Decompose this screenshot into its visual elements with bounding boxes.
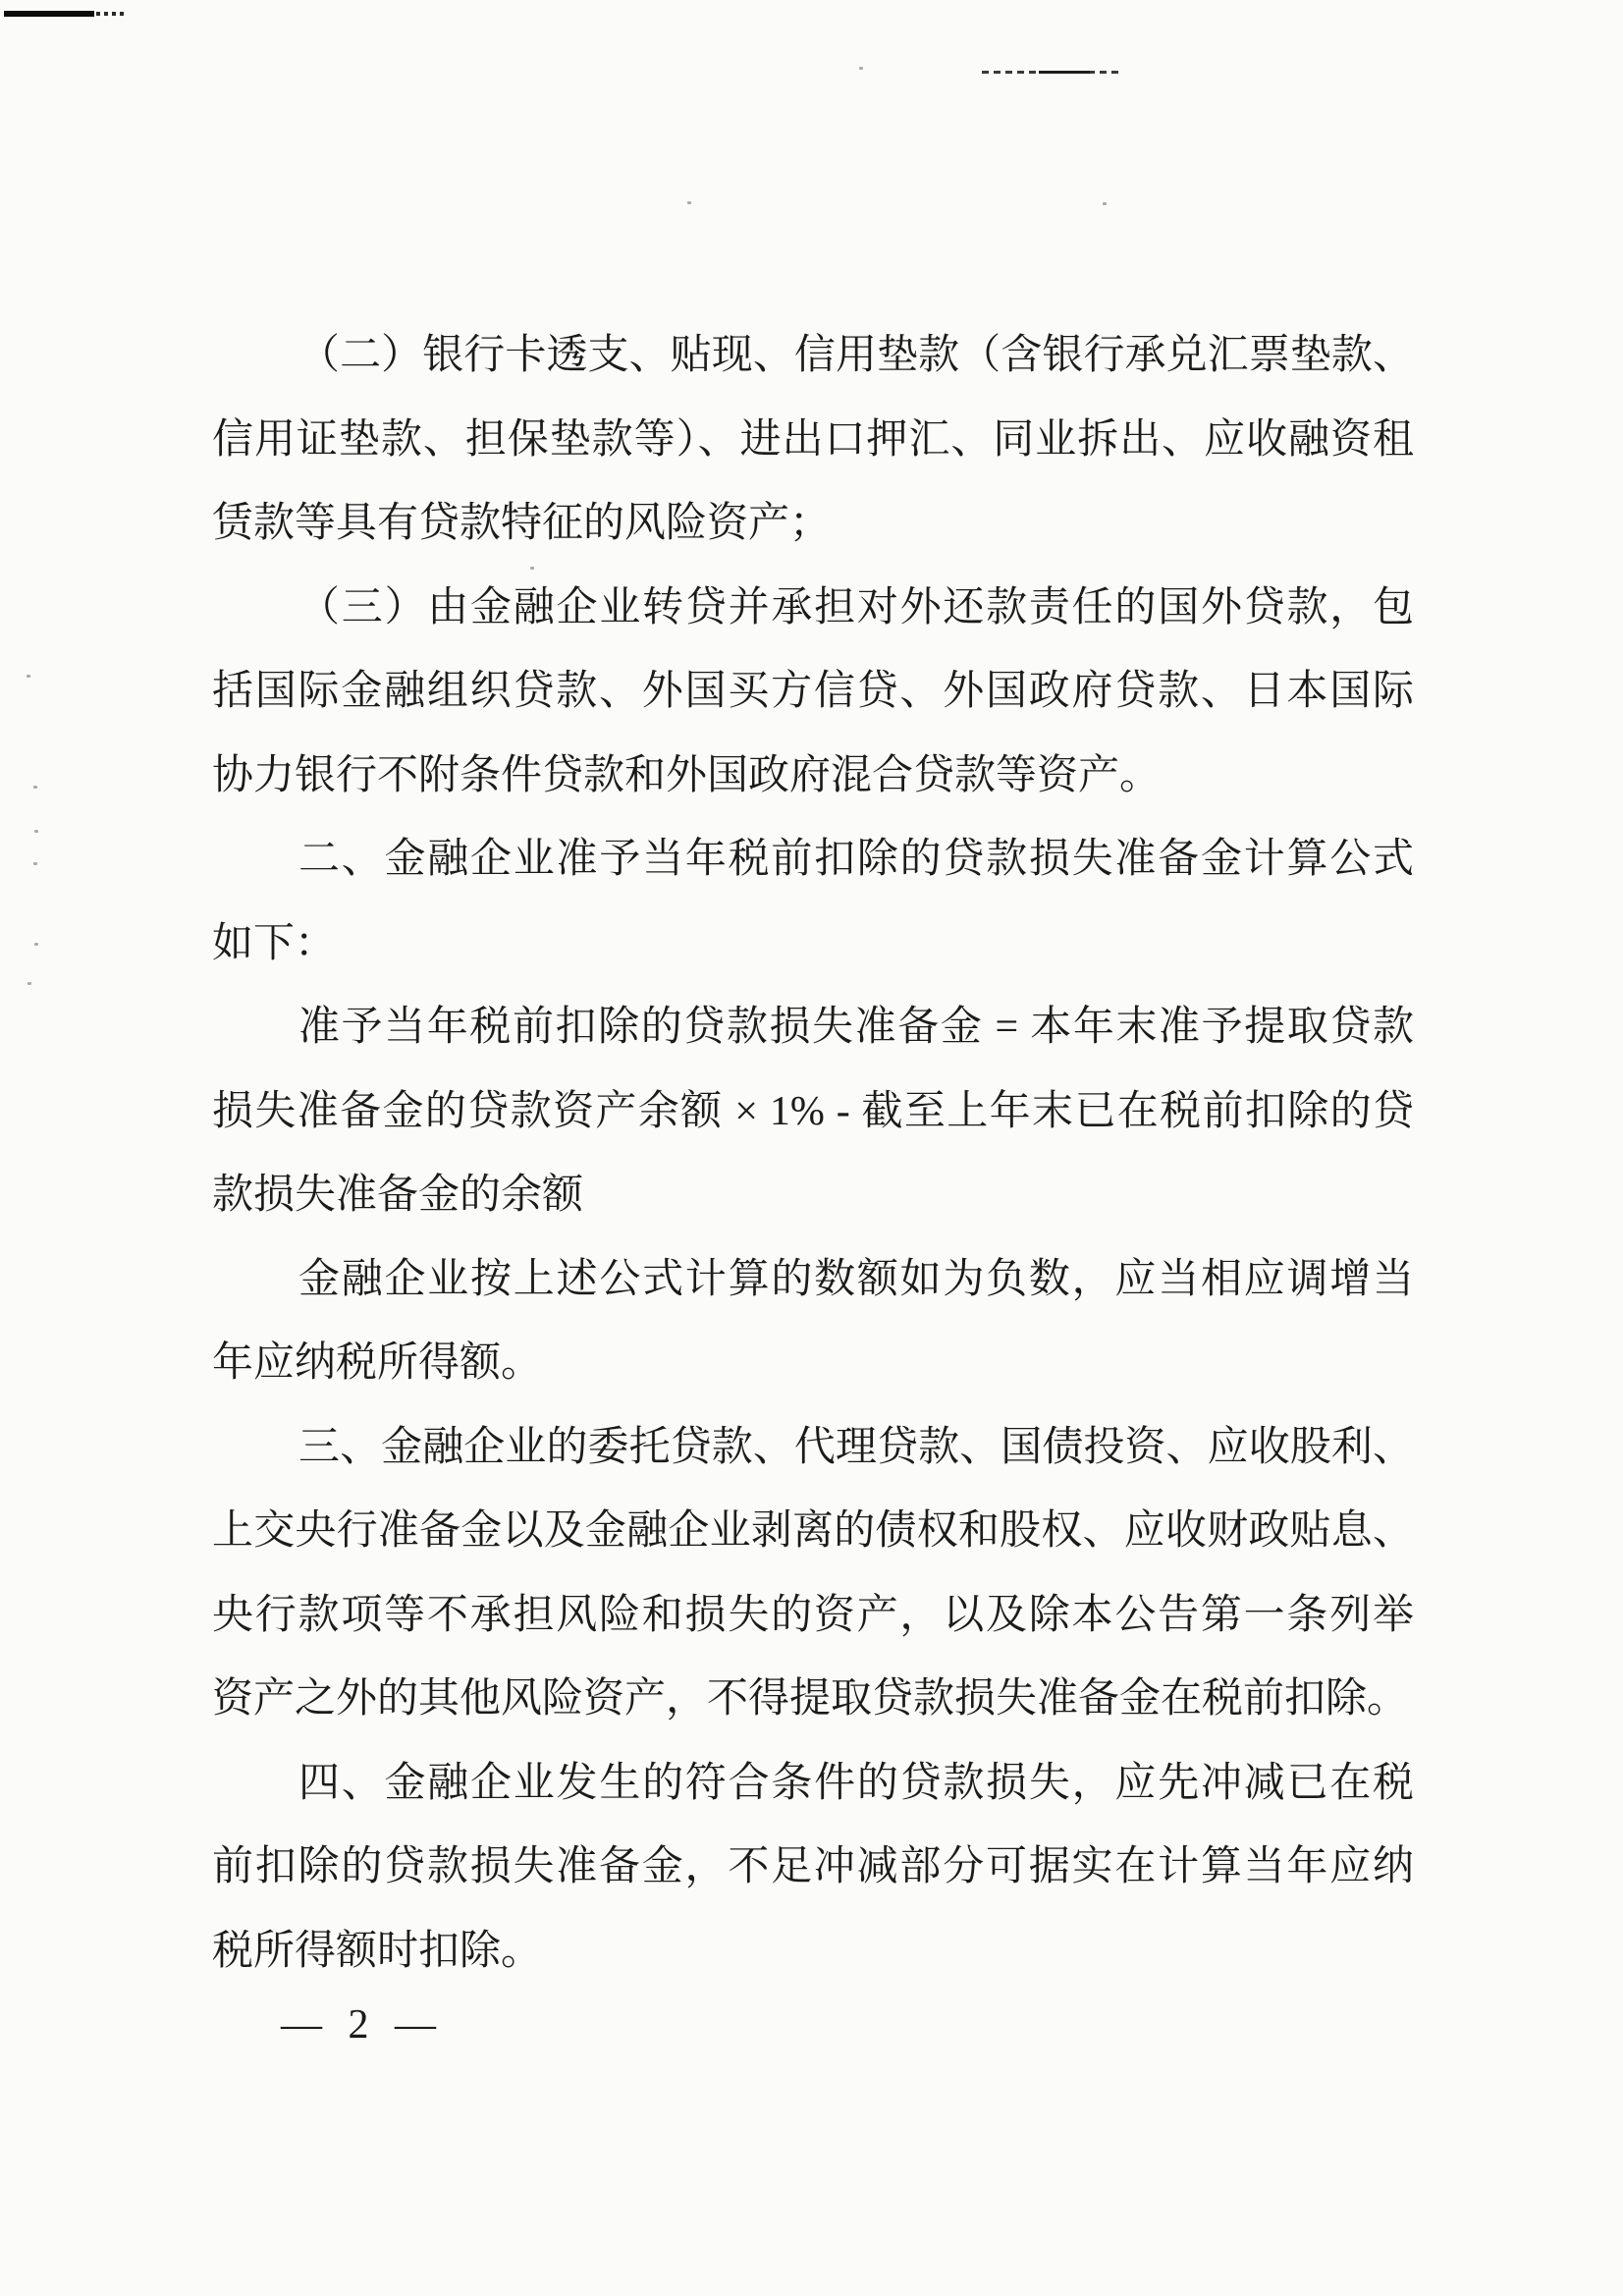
scan-speck xyxy=(27,982,31,985)
text-line: 信用证垫款、担保垫款等）、进出口押汇、同业拆出、应收融资租 xyxy=(212,399,1414,483)
scan-speck xyxy=(27,675,30,678)
text-line: 上交央行准备金以及金融企业剥离的债权和股权、应收财政贴息、 xyxy=(212,1490,1414,1574)
text-line: 赁款等具有贷款特征的风险资产； xyxy=(212,482,1414,567)
scan-speck xyxy=(34,943,38,946)
text-line: 税所得额时扣除。 xyxy=(212,1910,1414,1995)
scan-speck xyxy=(859,67,863,70)
text-line: 括国际金融组织贷款、外国买方信贷、外国政府贷款、日本国际 xyxy=(212,650,1414,735)
text-line: 损失准备金的贷款资产余额 × 1% - 截至上年末已在税前扣除的贷 xyxy=(212,1070,1414,1155)
text-line: 资产之外的其他风险资产，不得提取贷款损失准备金在税前扣除。 xyxy=(212,1658,1414,1742)
text-line: （三）由金融企业转贷并承担对外还款责任的国外贷款，包 xyxy=(212,567,1414,651)
text-line: 四、金融企业发生的符合条件的贷款损失，应先冲减已在税 xyxy=(212,1742,1414,1827)
page-number: — 2 — xyxy=(281,2003,444,2047)
text-line: 协力银行不附条件贷款和外国政府混合贷款等资产。 xyxy=(212,735,1414,819)
scan-speck xyxy=(687,201,691,204)
text-line: 金融企业按上述公式计算的数额如为负数，应当相应调增当 xyxy=(212,1238,1414,1323)
text-line: （二）银行卡透支、贴现、信用垫款（含银行承兑汇票垫款、 xyxy=(212,314,1414,399)
scan-artifact-top-dashed-solid xyxy=(1039,71,1090,74)
scan-speck xyxy=(33,786,37,789)
scan-artifact-top-left-dashes xyxy=(96,12,126,16)
text-line: 款损失准备金的余额 xyxy=(212,1154,1414,1238)
scan-speck xyxy=(33,862,37,865)
text-line: 央行款项等不承担风险和损失的资产，以及除本公告第一条列举 xyxy=(212,1574,1414,1659)
text-line: 如下： xyxy=(212,902,1414,987)
text-line: 前扣除的贷款损失准备金，不足冲减部分可据实在计算当年应纳 xyxy=(212,1826,1414,1910)
document-body: （二）银行卡透支、贴现、信用垫款（含银行承兑汇票垫款、信用证垫款、担保垫款等）、… xyxy=(212,314,1414,1994)
scanned-document-page: （二）银行卡透支、贴现、信用垫款（含银行承兑汇票垫款、信用证垫款、担保垫款等）、… xyxy=(0,0,1623,2296)
scan-speck xyxy=(34,830,38,833)
text-line: 三、金融企业的委托贷款、代理贷款、国债投资、应收股利、 xyxy=(212,1406,1414,1491)
text-line: 准予当年税前扣除的贷款损失准备金 = 本年末准予提取贷款 xyxy=(212,986,1414,1070)
text-line: 二、金融企业准予当年税前扣除的贷款损失准备金计算公式 xyxy=(212,818,1414,902)
scan-artifact-top-left-line xyxy=(4,11,94,17)
text-line: 年应纳税所得额。 xyxy=(212,1322,1414,1406)
scan-speck xyxy=(1103,202,1107,205)
